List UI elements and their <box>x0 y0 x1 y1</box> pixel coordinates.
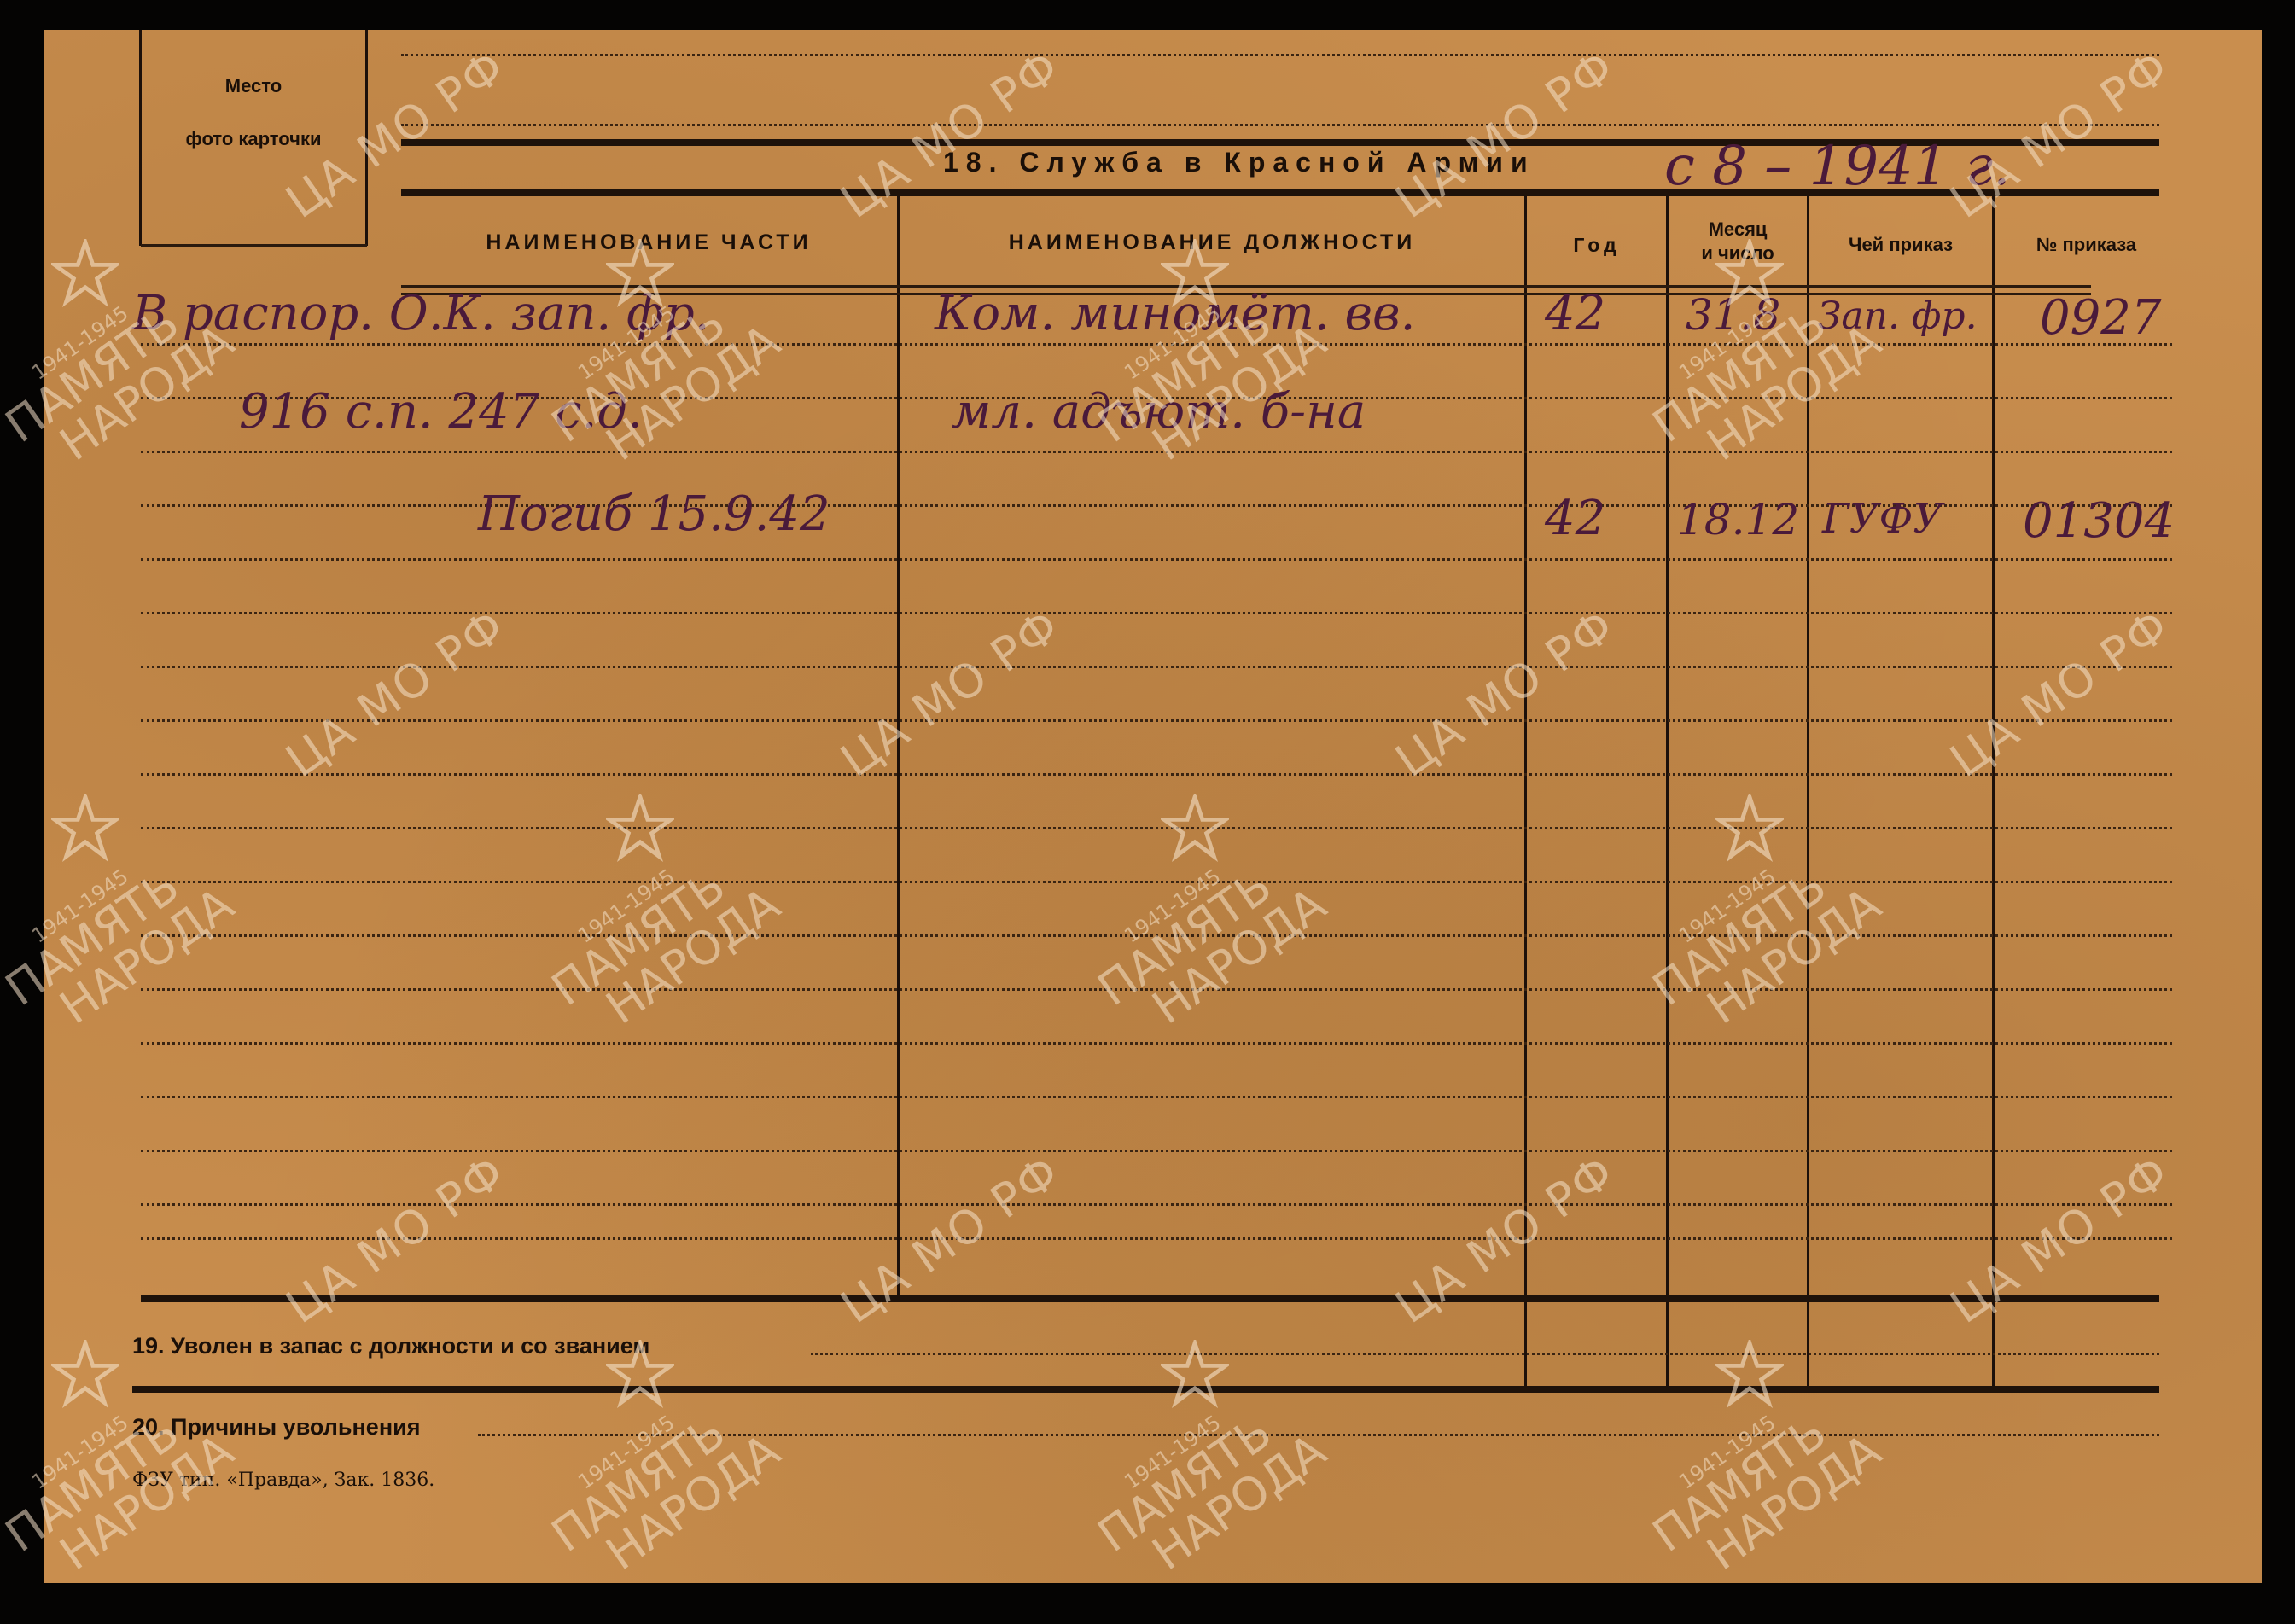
row-3-unit: Погиб 15.9.42 <box>478 486 830 542</box>
row-3-year: 42 <box>1545 491 1605 546</box>
row-1-position: Ком. миномёт. вв. <box>935 286 1415 341</box>
header-dotted-line <box>401 124 2159 126</box>
printer-imprint: ФЗУ тип. «Правда», Зак. 1836. <box>132 1470 434 1491</box>
row-3-month-day: 18.12 <box>1677 495 1799 544</box>
section-18-handwritten-date: с 8 – 1941 г. <box>1664 135 2011 198</box>
row-3-whose-order: ГУФУ <box>1822 495 1943 543</box>
row-1-order-no: 0927 <box>2040 290 2162 346</box>
row-line <box>141 612 2172 614</box>
row-line <box>141 1042 2172 1045</box>
column-divider <box>1524 196 1527 1387</box>
row-line <box>141 881 2172 883</box>
column-divider <box>1807 196 1809 1387</box>
row-line <box>141 1096 2172 1098</box>
section-19-top-rule <box>141 1295 2159 1302</box>
section-18-title: 18. Служба в Красной Армии <box>943 147 1535 178</box>
row-line <box>141 934 2172 937</box>
row-line <box>141 1237 2172 1240</box>
header-position: НАИМЕНОВАНИЕ ДОЛЖНОСТИ <box>900 230 1523 255</box>
column-divider <box>1666 196 1669 1387</box>
section-19-label: 19. Уволен в запас с должности и со зван… <box>132 1333 649 1359</box>
row-1-unit: В распор. О.К. зап. фр. <box>132 286 710 341</box>
row-line <box>141 451 2172 453</box>
row-line <box>141 1150 2172 1152</box>
row-1-year: 42 <box>1545 286 1605 341</box>
section-20-label: 20. Причины увольнения <box>132 1414 421 1441</box>
photo-box-label-2: фото карточки <box>139 128 368 150</box>
header-order-no: № приказа <box>1995 234 2178 256</box>
column-divider <box>897 196 900 1297</box>
header-unit: НАИМЕНОВАНИЕ ЧАСТИ <box>401 230 896 255</box>
row-2-position: мл. адъют. б-на <box>952 384 1366 439</box>
header-dotted-line <box>401 54 2159 56</box>
section-18-bottom-rule <box>401 189 2159 196</box>
header-year: Год <box>1528 234 1666 257</box>
row-3-order-no: 01304 <box>2023 493 2175 549</box>
row-2-unit: 916 с.п. 247 с.д. <box>239 384 643 439</box>
column-divider <box>1992 196 1995 1387</box>
row-line <box>141 719 2172 722</box>
row-line <box>141 343 2172 346</box>
row-line <box>141 558 2172 561</box>
section-20-top-rule <box>132 1386 2159 1393</box>
photo-box-label-1: Место <box>139 75 368 97</box>
row-line <box>141 773 2172 776</box>
section-19-dotted-line <box>811 1353 2159 1355</box>
row-line <box>141 1203 2172 1206</box>
header-month-day-1: Месяц <box>1669 218 1807 241</box>
row-line <box>141 988 2172 991</box>
row-1-whose-order: Зап. фр. <box>1818 294 1978 338</box>
row-line <box>141 666 2172 668</box>
row-line <box>141 827 2172 829</box>
photo-box-bottom-border <box>141 244 367 247</box>
row-1-month-day: 31.8 <box>1686 290 1780 340</box>
header-whose-order: Чей приказ <box>1809 234 1992 256</box>
header-month-day-2: и число <box>1669 242 1807 265</box>
section-20-dotted-line <box>478 1434 2159 1436</box>
